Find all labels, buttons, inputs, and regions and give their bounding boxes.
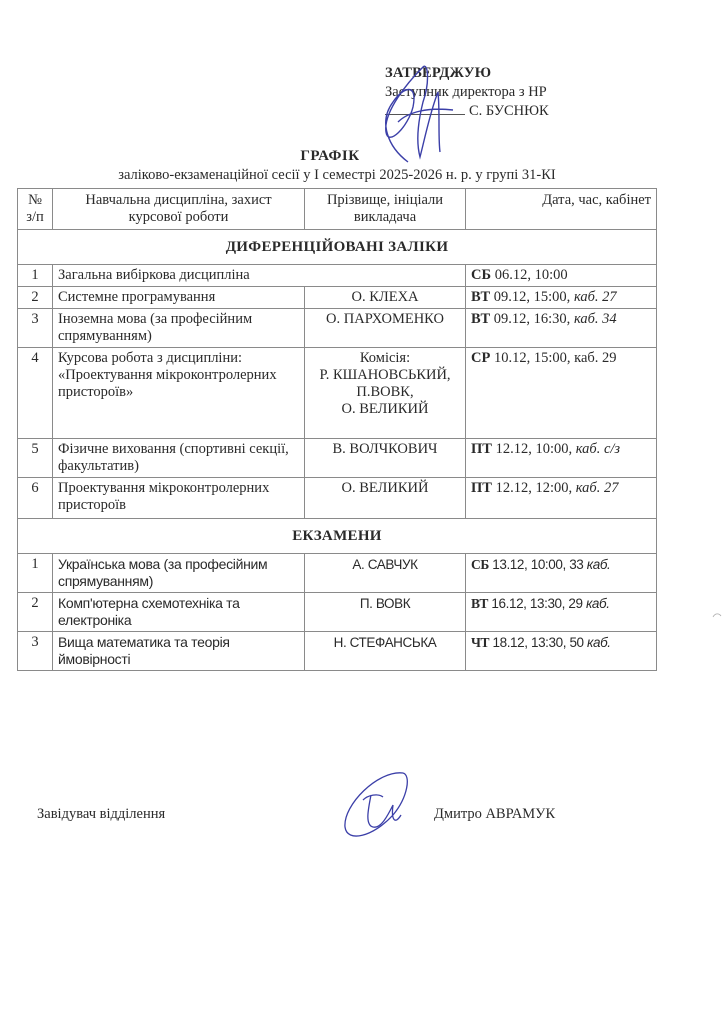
weekday: ЧТ xyxy=(471,635,489,650)
room: каб. xyxy=(586,596,610,611)
approval-heading: ЗАТВЕРДЖУЮ xyxy=(385,64,549,83)
header-num: № з/п xyxy=(18,189,53,230)
row-number: 2 xyxy=(18,287,53,309)
date-time: 12.12, 12:00, xyxy=(496,480,573,496)
teacher-cell: Н. СТЕФАНСЬКА xyxy=(305,632,466,671)
room: каб. xyxy=(587,635,611,650)
discipline-cell: Іноземна мова (за професійним спрямуванн… xyxy=(53,309,305,348)
room: каб. с/з xyxy=(576,441,620,457)
discipline-cell: Комп'ютерна схемотехніка та електроніка xyxy=(53,593,305,632)
schedule-table: № з/п Навчальна дисципліна, захист курсо… xyxy=(17,188,657,671)
discipline-cell: Вища математика та теорія ймовірності xyxy=(53,632,305,671)
footer-position: Завідувач відділення xyxy=(37,806,165,823)
row-number: 5 xyxy=(18,439,53,478)
section-row: ДИФЕРЕНЦІЙОВАНІ ЗАЛІКИ xyxy=(18,230,657,265)
date-cell: СБ 13.12, 10:00, 33 каб. xyxy=(466,554,657,593)
discipline-cell: Українська мова (за професійним спрямува… xyxy=(53,554,305,593)
signature-line xyxy=(385,102,465,115)
weekday: СБ xyxy=(471,267,491,283)
weekday: ВТ xyxy=(471,596,488,611)
room: каб. 27 xyxy=(576,480,619,496)
section-row: ЕКЗАМЕНИ xyxy=(18,519,657,554)
table-row: 2Комп'ютерна схемотехніка та електроніка… xyxy=(18,593,657,632)
row-number: 1 xyxy=(18,265,53,287)
row-number: 4 xyxy=(18,348,53,439)
teacher-cell: О. КЛЕХА xyxy=(305,287,466,309)
room: каб. 27 xyxy=(574,289,617,305)
row-number: 1 xyxy=(18,554,53,593)
approval-position: Заступник директора з НР xyxy=(385,83,549,102)
date-time: 09.12, 16:30, xyxy=(494,311,571,327)
discipline-cell: Загальна вибіркова дисципліна xyxy=(53,265,466,287)
date-cell: ВТ 16.12, 13:30, 29 каб. xyxy=(466,593,657,632)
date-time: 16.12, 13:30, 29 xyxy=(491,596,582,611)
teacher-cell: А. САВЧУК xyxy=(305,554,466,593)
table-row: 3Іноземна мова (за професійним спрямуван… xyxy=(18,309,657,348)
teacher-cell: Комісія:Р. КШАНОВСЬКИЙ,П.ВОВК,О. ВЕЛИКИЙ xyxy=(305,348,466,439)
approval-signatory-line: С. БУСНЮК xyxy=(385,102,549,121)
room: каб. 34 xyxy=(574,311,617,327)
date-cell: ПТ 12.12, 10:00, каб. с/з xyxy=(466,439,657,478)
date-cell: ВТ 09.12, 16:30, каб. 34 xyxy=(466,309,657,348)
room: каб. xyxy=(587,557,611,572)
date-cell: ЧТ 18.12, 13:30, 50 каб. xyxy=(466,632,657,671)
weekday: ПТ xyxy=(471,441,492,457)
date-cell: СР 10.12, 15:00, каб. 29 xyxy=(466,348,657,439)
weekday: СР xyxy=(471,350,490,366)
date-time: 09.12, 15:00, xyxy=(494,289,571,305)
table-row: 4Курсова робота з дисципліни: «Проектува… xyxy=(18,348,657,439)
date-cell: СБ 06.12, 10:00 xyxy=(466,265,657,287)
approval-block: ЗАТВЕРДЖУЮ Заступник директора з НР С. Б… xyxy=(385,64,549,121)
discipline-cell: Проектування мікроконтролерних присторої… xyxy=(53,478,305,519)
weekday: ВТ xyxy=(471,289,490,305)
document-subtitle: заліково-екзаменаційної сесії у І семест… xyxy=(17,167,657,184)
date-time: 06.12, 10:00 xyxy=(495,267,568,283)
discipline-cell: Системне програмування xyxy=(53,287,305,309)
teacher-cell: О. ВЕЛИКИЙ xyxy=(305,478,466,519)
table-header-row: № з/п Навчальна дисципліна, захист курсо… xyxy=(18,189,657,230)
date-time: 18.12, 13:30, 50 xyxy=(492,635,583,650)
weekday: ВТ xyxy=(471,311,490,327)
teacher-cell: О. ПАРХОМЕНКО xyxy=(305,309,466,348)
row-number: 2 xyxy=(18,593,53,632)
table-row: 3Вища математика та теорія ймовірностіН.… xyxy=(18,632,657,671)
teacher-cell: П. ВОВК xyxy=(305,593,466,632)
row-number: 3 xyxy=(18,309,53,348)
approval-signatory: С. БУСНЮК xyxy=(469,103,549,119)
footer-name: Дмитро АВРАМУК xyxy=(434,806,555,823)
document-title: ГРАФІК xyxy=(0,148,660,165)
discipline-cell: Курсова робота з дисципліни: «Проектуван… xyxy=(53,348,305,439)
date-time: 10.12, 15:00, каб. 29 xyxy=(494,350,617,366)
date-time: 13.12, 10:00, 33 xyxy=(492,557,583,572)
scan-mark-icon xyxy=(712,612,722,618)
table-row: 2Системне програмуванняО. КЛЕХАВТ 09.12,… xyxy=(18,287,657,309)
header-teacher: Прізвище, ініціали викладача xyxy=(305,189,466,230)
date-cell: ПТ 12.12, 12:00, каб. 27 xyxy=(466,478,657,519)
section-title: ЕКЗАМЕНИ xyxy=(18,519,657,554)
date-cell: ВТ 09.12, 15:00, каб. 27 xyxy=(466,287,657,309)
table-row: 1Українська мова (за професійним спрямув… xyxy=(18,554,657,593)
teacher-cell: В. ВОЛЧКОВИЧ xyxy=(305,439,466,478)
date-time: 12.12, 10:00, xyxy=(496,441,573,457)
signature-bottom-icon xyxy=(333,765,433,845)
row-number: 6 xyxy=(18,478,53,519)
table-row: 6Проектування мікроконтролерних присторо… xyxy=(18,478,657,519)
table-row: 1Загальна вибіркова дисциплінаСБ 06.12, … xyxy=(18,265,657,287)
section-title: ДИФЕРЕНЦІЙОВАНІ ЗАЛІКИ xyxy=(18,230,657,265)
table-row: 5Фізичне виховання (спортивні секції, фа… xyxy=(18,439,657,478)
weekday: ПТ xyxy=(471,480,492,496)
weekday: СБ xyxy=(471,557,489,572)
header-discipline: Навчальна дисципліна, захист курсової ро… xyxy=(53,189,305,230)
header-date: Дата, час, кабінет xyxy=(466,189,657,230)
discipline-cell: Фізичне виховання (спортивні секції, фак… xyxy=(53,439,305,478)
row-number: 3 xyxy=(18,632,53,671)
